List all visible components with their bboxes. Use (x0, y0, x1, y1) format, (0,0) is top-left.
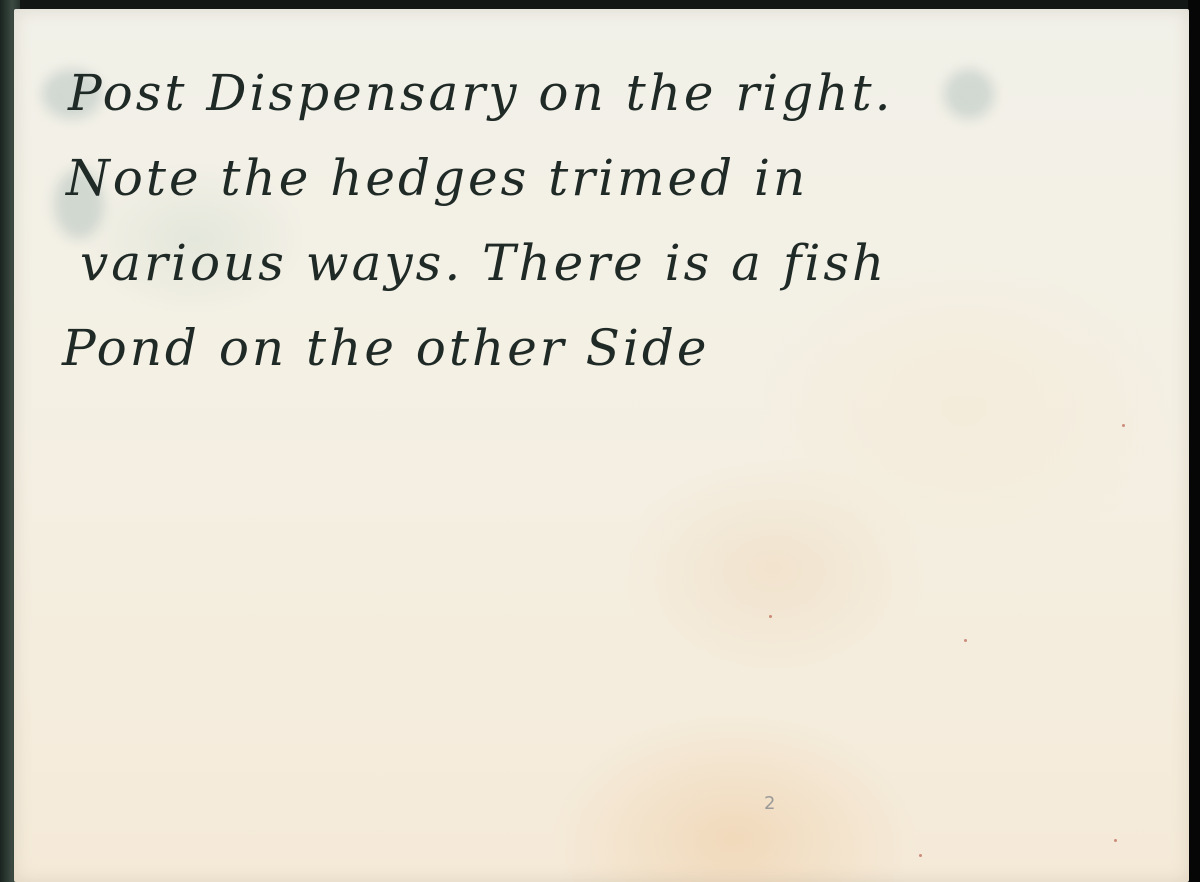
note-line-2: Note the hedges trimed in (66, 136, 1174, 221)
handwritten-note: Post Dispensary on the right. Note the h… (54, 51, 1174, 391)
pencil-mark: 2 (764, 793, 775, 814)
foxing-speck (1114, 839, 1117, 842)
note-line-1: Post Dispensary on the right. (68, 51, 1174, 136)
foxing-speck (769, 615, 772, 618)
foxing-speck (964, 639, 967, 642)
foxing-speck (1122, 424, 1125, 427)
note-line-3: various ways. There is a fish (80, 221, 1174, 306)
note-line-4: Pond on the other Side (62, 306, 1174, 391)
scan-backdrop-right (1188, 0, 1200, 882)
foxing-speck (919, 854, 922, 857)
photo-card-back: Post Dispensary on the right. Note the h… (14, 9, 1189, 882)
